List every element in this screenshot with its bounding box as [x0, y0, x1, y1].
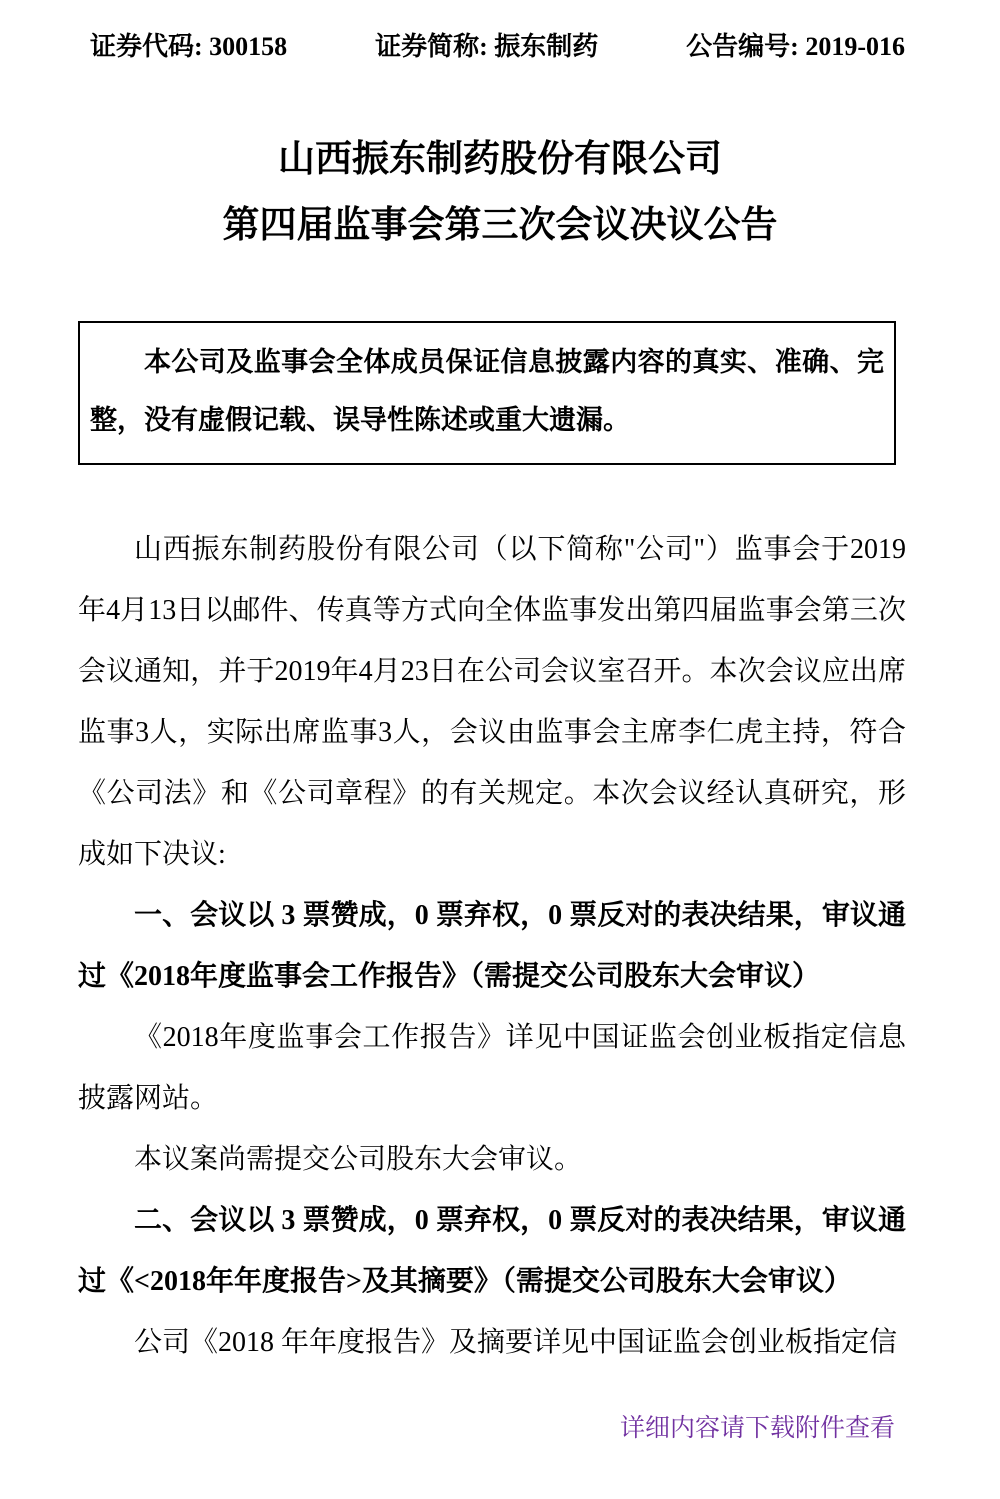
document-title: 山西振东制药股份有限公司 第四届监事会第三次会议决议公告 — [0, 127, 1000, 259]
paragraph-resolution-1: 一、会议以 3 票赞成，0 票弃权，0 票反对的表决结果，审议通过《2018年度… — [78, 885, 906, 1007]
meeting-resolution-title: 第四届监事会第三次会议决议公告 — [0, 193, 1000, 259]
document-body: 山西振东制药股份有限公司（以下简称"公司"）监事会于2019年4月13日以邮件、… — [78, 519, 906, 1373]
announcement-number: 公告编号: 2019-016 — [686, 26, 905, 63]
paragraph-resolution-2: 二、会议以 3 票赞成，0 票弃权，0 票反对的表决结果，审议通过《<2018年… — [78, 1190, 906, 1312]
paragraph-resolution-1-detail: 《2018年度监事会工作报告》详见中国证监会创业板指定信息披露网站。 — [78, 1007, 906, 1129]
disclosure-statement: 本公司及监事会全体成员保证信息披露内容的真实、准确、完整，没有虚假记载、误导性陈… — [90, 333, 884, 449]
company-name-title: 山西振东制药股份有限公司 — [0, 127, 1000, 193]
document-header: 证券代码: 300158 证券简称: 振东制药 公告编号: 2019-016 — [0, 0, 1000, 63]
paragraph-meeting-intro: 山西振东制药股份有限公司（以下简称"公司"）监事会于2019年4月13日以邮件、… — [78, 519, 906, 885]
securities-short-name: 证券简称: 振东制药 — [375, 26, 598, 63]
paragraph-resolution-1-note: 本议案尚需提交公司股东大会审议。 — [78, 1129, 906, 1190]
announcement-page: 证券代码: 300158 证券简称: 振东制药 公告编号: 2019-016 山… — [0, 0, 1000, 1499]
securities-code: 证券代码: 300158 — [90, 26, 287, 63]
paragraph-resolution-2-detail: 公司《2018 年年度报告》及摘要详见中国证监会创业板指定信 — [78, 1312, 906, 1373]
disclosure-notice-box: 本公司及监事会全体成员保证信息披露内容的真实、准确、完整，没有虚假记载、误导性陈… — [78, 321, 896, 465]
download-attachment-link[interactable]: 详细内容请下载附件查看 — [620, 1408, 895, 1444]
